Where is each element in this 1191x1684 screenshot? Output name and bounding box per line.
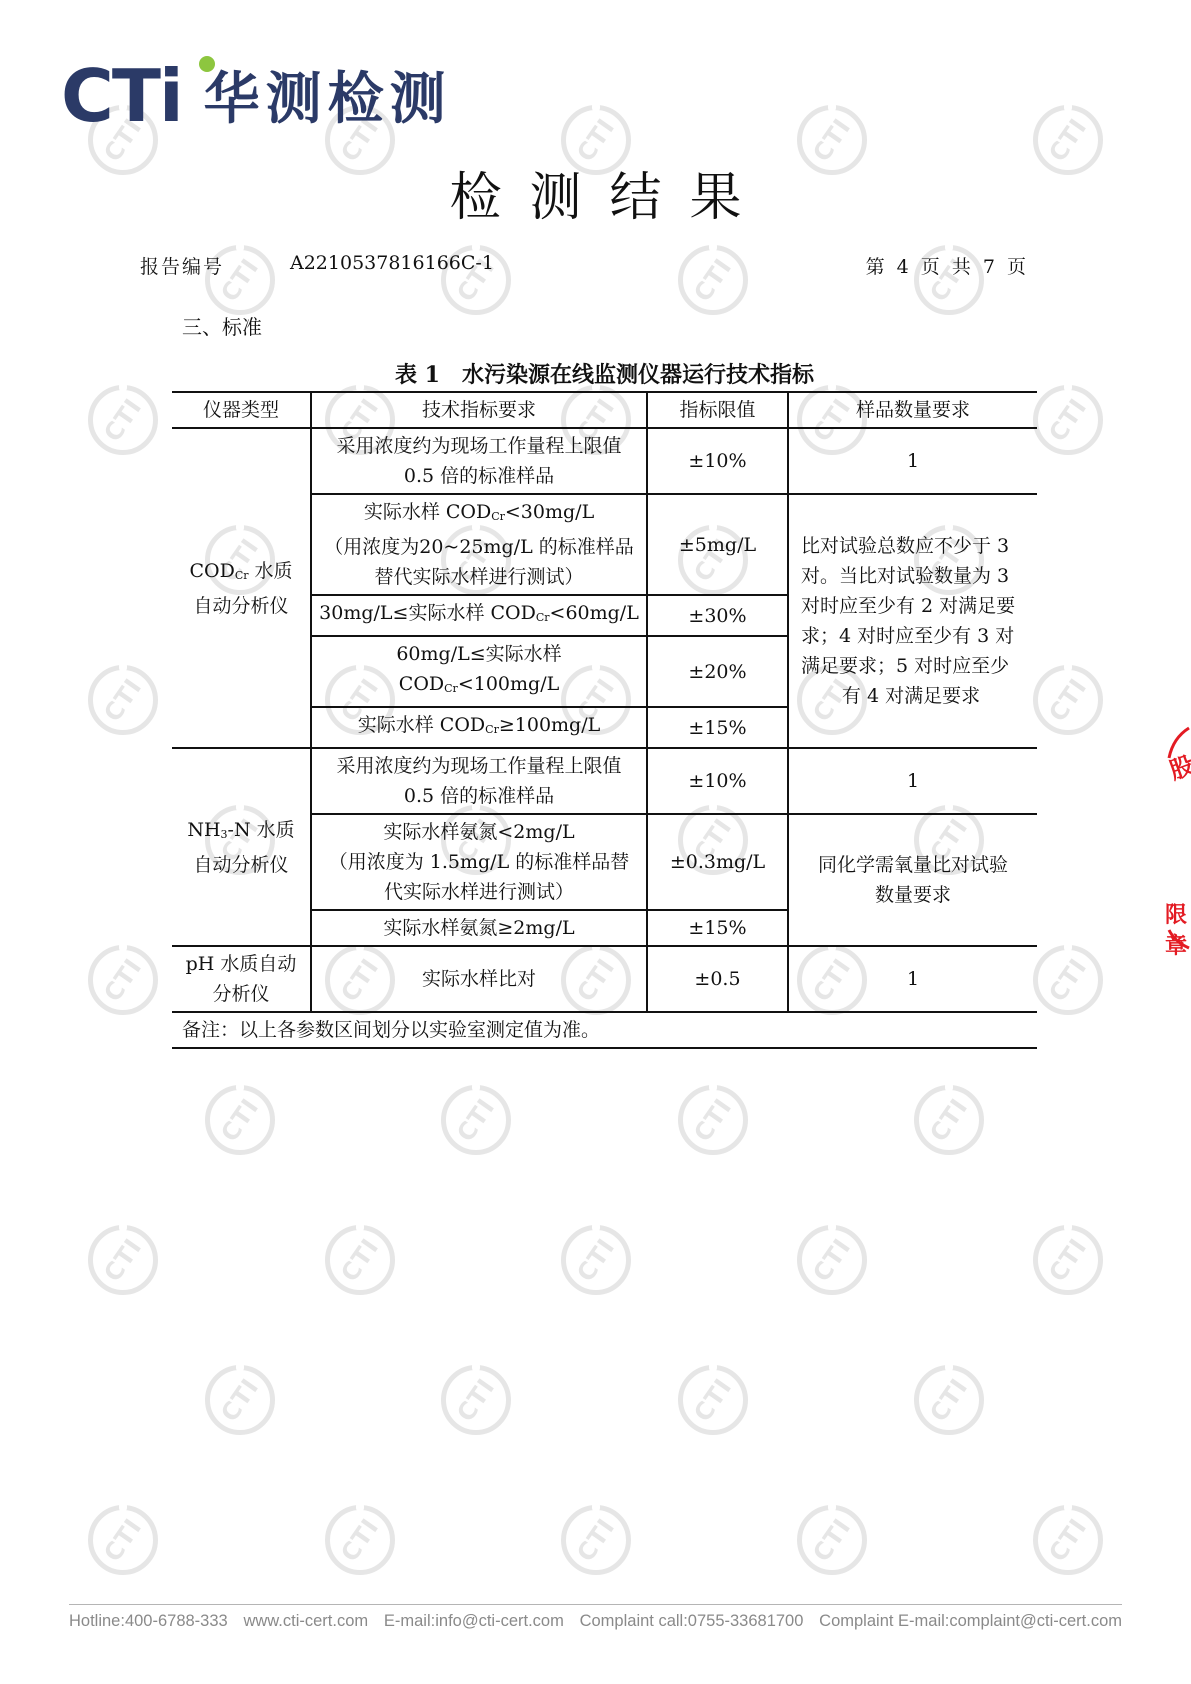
- limit-cell: ±10%: [647, 748, 788, 814]
- footer-complaint-call: Complaint call:0755-33681700: [580, 1612, 804, 1631]
- limit-cell: ±0.3mg/L: [647, 814, 788, 910]
- column-header: 仪器类型: [172, 392, 311, 428]
- instrument-cell: NH3-N 水质 自动分析仪: [172, 748, 311, 946]
- limit-cell: ±0.5: [647, 946, 788, 1012]
- footer-hotline: Hotline:400-6788-333: [69, 1612, 228, 1631]
- logo-name-cn: 华测检测: [204, 72, 452, 128]
- footer-complaint-email[interactable]: Complaint E-mail:complaint@cti-cert.com: [819, 1612, 1122, 1631]
- requirement-cell: 实际水样氨氮≥2mg/L: [311, 910, 647, 946]
- limit-cell: ±10%: [647, 428, 788, 494]
- requirement-cell: 实际水样 CODCr<30mg/L （用浓度为20~25mg/L 的标准样品 替…: [311, 494, 647, 595]
- table-row: CODCr 水质 自动分析仪 采用浓度约为现场工作量程上限值 0.5 倍的标准样…: [172, 428, 1037, 494]
- report-number-label: 报告编号: [140, 252, 224, 279]
- column-header: 指标限值: [647, 392, 788, 428]
- quantity-cell: 1: [788, 428, 1037, 494]
- limit-cell: ±5mg/L: [647, 494, 788, 595]
- requirement-cell: 实际水样氨氮<2mg/L （用浓度为 1.5mg/L 的标准样品替 代实际水样进…: [311, 814, 647, 910]
- requirement-cell: 实际水样 CODCr≥100mg/L: [311, 707, 647, 748]
- table-header-row: 仪器类型 技术指标要求 指标限值 样品数量要求: [172, 392, 1037, 428]
- table-note-row: 备注：以上各参数区间划分以实验室测定值为准。: [172, 1012, 1037, 1048]
- footer-website[interactable]: www.cti-cert.com: [243, 1612, 368, 1631]
- requirement-cell: 采用浓度约为现场工作量程上限值 0.5 倍的标准样品: [311, 428, 647, 494]
- report-number-value: A2210537816166C-1: [290, 252, 494, 274]
- red-seal-stamp: 股 限章: [1161, 720, 1191, 960]
- company-logo: CTi 华测检测: [61, 52, 452, 132]
- instrument-cell: pH 水质自动 分析仪: [172, 946, 311, 1012]
- logo-dot-icon: [199, 56, 215, 72]
- column-header: 样品数量要求: [788, 392, 1037, 428]
- quantity-cell: 1: [788, 748, 1037, 814]
- table-row: pH 水质自动 分析仪 实际水样比对 ±0.5 1: [172, 946, 1037, 1012]
- table-caption: 表 1 水污染源在线监测仪器运行技术指标: [172, 358, 1037, 389]
- limit-cell: ±20%: [647, 636, 788, 707]
- requirement-cell: 60mg/L≤实际水样 CODCr<100mg/L: [311, 636, 647, 707]
- footer-divider: [69, 1604, 1122, 1605]
- spec-table: 仪器类型 技术指标要求 指标限值 样品数量要求 CODCr 水质 自动分析仪 采…: [172, 391, 1037, 1049]
- seal-glyph-bottom: 限章: [1165, 898, 1191, 960]
- requirement-cell: 实际水样比对: [311, 946, 647, 1012]
- page-title: 检测结果: [0, 155, 1191, 230]
- requirement-cell: 30mg/L≤实际水样 CODCr<60mg/L: [311, 595, 647, 636]
- limit-cell: ±15%: [647, 707, 788, 748]
- table-row: NH3-N 水质 自动分析仪 采用浓度约为现场工作量程上限值 0.5 倍的标准样…: [172, 748, 1037, 814]
- requirement-cell: 采用浓度约为现场工作量程上限值 0.5 倍的标准样品: [311, 748, 647, 814]
- page-indicator: 第 4 页 共 7 页: [866, 252, 1026, 279]
- page-footer: Hotline:400-6788-333 www.cti-cert.com E-…: [69, 1612, 1122, 1631]
- quantity-cell: 1: [788, 946, 1037, 1012]
- section-title: 三、标准: [182, 311, 262, 340]
- quantity-cell: 比对试验总数应不少于 3 对。当比对试验数量为 3 对时应至少有 2 对满足要 …: [788, 494, 1037, 748]
- instrument-cell: CODCr 水质 自动分析仪: [172, 428, 311, 748]
- limit-cell: ±15%: [647, 910, 788, 946]
- column-header: 技术指标要求: [311, 392, 647, 428]
- footer-email[interactable]: E-mail:info@cti-cert.com: [384, 1612, 564, 1631]
- limit-cell: ±30%: [647, 595, 788, 636]
- quantity-cell: 同化学需氧量比对试验 数量要求: [788, 814, 1037, 946]
- table-note: 备注：以上各参数区间划分以实验室测定值为准。: [172, 1012, 1037, 1048]
- logo-brand: CTi: [61, 60, 182, 132]
